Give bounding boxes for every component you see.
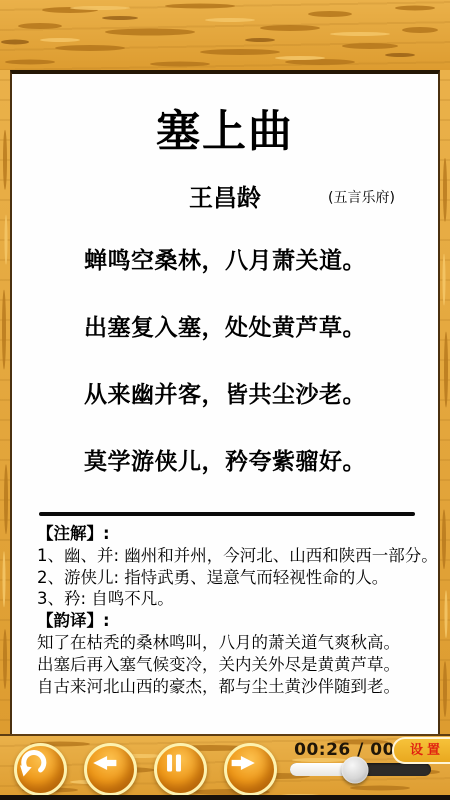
app-window: 塞上曲 王昌龄 (五言乐府) 蝉鸣空桑林，八月萧关道。 出塞复入塞，处处黄芦草。… [0, 0, 450, 800]
right-arrow-icon [227, 746, 261, 780]
annotation-block: 【注解】: 1、幽、并: 幽州和并州，今河北、山西和陕西一部分。 2、游侠儿: … [12, 523, 438, 697]
wood-frame-right [440, 70, 450, 736]
settings-button[interactable]: 设置 [392, 737, 450, 764]
poem-page: 塞上曲 王昌龄 (五言乐府) 蝉鸣空桑林，八月萧关道。 出塞复入塞，处处黄芦草。… [10, 70, 440, 736]
poem-title: 塞上曲 [12, 106, 438, 158]
replay-icon [17, 746, 51, 780]
replay-button[interactable] [14, 743, 67, 796]
translation-line-3: 自古来河北山西的豪杰，都与尘土黄沙伴随到老。 [37, 676, 430, 698]
wood-grain-decoration [0, 0, 450, 70]
wood-frame-left [0, 70, 10, 736]
bottom-strip [0, 795, 450, 800]
pause-button[interactable] [154, 743, 207, 796]
poem-author: 王昌龄 [189, 184, 261, 212]
translation-header: 【韵译】: [37, 610, 430, 632]
progress-thumb[interactable] [341, 756, 368, 783]
wood-grain-decoration [0, 70, 10, 736]
poem-body: 蝉鸣空桑林，八月萧关道。 出塞复入塞，处处黄芦草。 从来幽并客，皆共尘沙老。 莫… [12, 244, 438, 479]
translation-line-1: 知了在枯秃的桑林鸣叫，八月的萧关道气爽秋高。 [37, 632, 430, 654]
divider-line [39, 512, 415, 516]
note-item-3: 3、矜: 自鸣不凡。 [37, 588, 430, 610]
note-item-2: 2、游侠儿: 指恃武勇、逞意气而轻视性命的人。 [37, 567, 430, 589]
note-item-1: 1、幽、并: 幽州和并州，今河北、山西和陕西一部分。 [37, 545, 430, 567]
left-arrow-icon [87, 746, 121, 780]
translation-line-2: 出塞后再入塞气候变冷，关内关外尽是黄黄芦草。 [37, 654, 430, 676]
player-bar: 00:26 / 00:56 设置 [0, 734, 450, 800]
wood-frame-top [0, 0, 450, 70]
pause-icon [157, 746, 191, 780]
poem-genre: (五言乐府) [328, 187, 395, 207]
poem-line-4: 莫学游侠儿，矜夸紫骝好。 [12, 445, 438, 479]
poem-line-3: 从来幽并客，皆共尘沙老。 [12, 378, 438, 412]
author-row: 王昌龄 (五言乐府) [12, 178, 438, 210]
notes-header: 【注解】: [37, 523, 430, 545]
next-button[interactable] [224, 743, 277, 796]
poem-line-1: 蝉鸣空桑林，八月萧关道。 [12, 244, 438, 278]
wood-grain-decoration [440, 70, 450, 736]
poem-line-2: 出塞复入塞，处处黄芦草。 [12, 311, 438, 345]
progress-bar[interactable] [290, 763, 431, 776]
prev-button[interactable] [84, 743, 137, 796]
